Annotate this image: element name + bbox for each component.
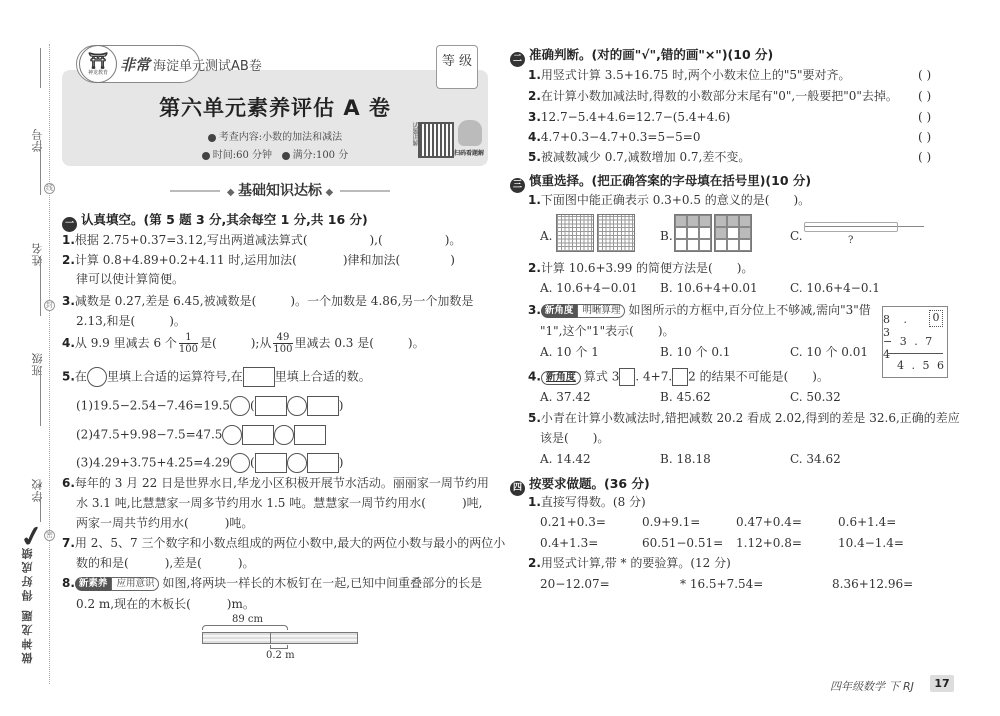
number-line-bracket	[804, 222, 898, 232]
question-8: 8.新素养应用意识如图,将两块一样长的木板钉在一起,已知中间重叠部分的长是	[62, 577, 482, 591]
tag-new-angle: 新角度	[541, 371, 581, 385]
section-badge: 四	[510, 481, 525, 496]
judge-item-2: 2.在计算小数加减法时,得数的小数部分末尾有"0",一般要把"0"去掉。	[528, 90, 898, 102]
tag-reasoning: 明晰算理	[577, 304, 625, 318]
field-student-id-label: 学号	[30, 128, 46, 152]
question-7-line2: 数的和是(),差是()。	[76, 557, 255, 569]
question-6: 6.每年的 3 月 22 日是世界水日,华龙小区积极开展节水活动。丽丽家一周节约…	[62, 477, 489, 489]
part2-heading-text: 准确判断。(对的画"√",错的画"×")(10 分)	[529, 47, 773, 62]
book-info: 四年级数学 下 RJ	[830, 678, 914, 694]
number-blank[interactable]	[307, 396, 339, 416]
number-blank[interactable]	[307, 453, 339, 473]
task-2: 2.用竖式计算,带 * 的要验算。(12 分)	[528, 557, 731, 569]
logo-text: 神龙教育	[88, 69, 108, 76]
answer-blank[interactable]: ( )	[918, 151, 931, 163]
mental-calc: 0.47+0.4=	[736, 516, 802, 528]
hundred-grid-a1	[556, 214, 594, 252]
question-4: 4.从 9.9 里减去 6 个1100是();从49100里减去 0.3 是()…	[62, 332, 425, 355]
judge-item-1: 1.用竖式计算 3.5+16.75 时,两个小数末位上的"5"要对齐。	[528, 69, 851, 81]
question-2-line2: 律可以使计算简便。	[76, 273, 184, 285]
part1-heading-text: 认真填空。(第 5 题 3 分,其余每空 1 分,共 16 分)	[81, 212, 368, 227]
task-1: 1.直接写得数。(8 分)	[528, 496, 646, 508]
field-class-label: 班级	[30, 352, 46, 376]
option[interactable]: A. 14.42	[540, 453, 591, 465]
question-3: 3.减数是 0.27,差是 6.45,被减数是()。一个加数是 4.86,另一个…	[62, 295, 473, 307]
field-school-label: 学校	[30, 478, 46, 502]
option[interactable]: B. 10.6+4+0.01	[660, 282, 758, 294]
question-6-line2: 水 3.1 吨,比慧慧家一周多节约用水 1.5 吨。慧慧家一周节约用水()吨,	[76, 497, 482, 509]
part3-heading-text: 慎重选择。(把正确答案的字母填在括号里)(10 分)	[529, 173, 811, 188]
mascot-icon	[458, 120, 482, 146]
brand-script: 非常	[120, 56, 150, 74]
clock-icon	[202, 152, 210, 160]
thirds-grid-b2	[714, 214, 752, 252]
tag-new-literacy: 新素养	[75, 577, 112, 591]
question-3-line2: 2.13,和是()。	[76, 315, 186, 327]
name-line[interactable]	[40, 256, 41, 316]
option[interactable]: B. 10 个 0.1	[660, 346, 730, 358]
mental-calc: 0.9+9.1=	[642, 516, 700, 528]
question-8-line2: 0.2 m,现在的木板长()m。	[76, 598, 255, 610]
answer-blank[interactable]: ( )	[918, 131, 931, 143]
option[interactable]: C. 50.32	[790, 391, 841, 403]
option[interactable]: B. 45.62	[660, 391, 711, 403]
option-b-label: B.	[660, 230, 673, 242]
section-badge: 三	[510, 178, 525, 193]
digit-blank[interactable]	[619, 368, 635, 386]
grade-label: 等 级	[442, 54, 472, 69]
answer-blank[interactable]: ( )	[918, 111, 931, 123]
mental-calc: 0.6+1.4=	[838, 516, 896, 528]
part4-heading-text: 按要求做题。(36 分)	[529, 476, 650, 491]
score-label: 满分:100 分	[293, 150, 349, 161]
number-line-question: ?	[848, 235, 853, 246]
operator-blank[interactable]	[287, 396, 307, 416]
check-circle-icon	[282, 152, 290, 160]
seal-mark: 封	[44, 300, 55, 311]
question-5-item-3: (3)4.29+3.75+4.25=4.29()	[76, 453, 343, 473]
number-blank[interactable]	[294, 425, 326, 445]
choice-3: 3.新角度明晰算理如图所示的方框中,百分位上不够减,需向"3"借	[528, 304, 871, 318]
answer-blank[interactable]: ( )	[918, 90, 931, 102]
tag-application: 应用意识	[111, 577, 159, 591]
qr-label: 试题讲解	[410, 122, 418, 146]
column-calc: * 16.5+7.54=	[680, 578, 763, 590]
content-label: 考查内容:小数的加法和减法	[219, 132, 342, 143]
calc-row-2: − 3 . 7 4	[883, 335, 946, 361]
brand-text: 非常海淀单元测试AB卷	[120, 54, 262, 75]
field-name-label: 姓名	[30, 242, 46, 266]
option[interactable]: C. 10.6+4−0.1	[790, 282, 880, 294]
operator-blank[interactable]	[230, 453, 250, 473]
question-1: 1.根据 2.75+0.37=3.12,写出两道减法算式(),()。	[62, 234, 461, 246]
banner-divider	[340, 190, 390, 192]
question-7: 7.用 2、5、7 三个数字和小数点组成的两位小数中,最大的两位小数与最小的两位…	[62, 537, 505, 549]
seal-mark: 线	[44, 183, 55, 194]
class-line[interactable]	[40, 366, 41, 426]
option[interactable]: A. 10.6+4−0.01	[540, 282, 637, 294]
part2-heading: 二准确判断。(对的画"√",错的画"×")(10 分)	[510, 45, 773, 67]
answer-blank[interactable]: ( )	[918, 69, 931, 81]
operator-blank[interactable]	[274, 425, 294, 445]
figure-label-bottom: 0.2 m	[266, 650, 295, 661]
brand-series: 海淀单元测试AB卷	[153, 59, 262, 74]
choice-5: 5.小青在计算小数减法时,错把减数 20.2 看成 2.02,得到的差是 32.…	[528, 412, 960, 424]
slogan: 做神龙题 得好成绩	[20, 545, 36, 664]
calc-divider	[887, 353, 943, 354]
operator-blank[interactable]	[287, 453, 307, 473]
judge-item-4: 4.4.7+0.3−4.7+0.3=5−5=0	[528, 131, 701, 143]
student-id-line[interactable]	[40, 140, 41, 195]
part1-heading: 一认真填空。(第 5 题 3 分,其余每空 1 分,共 16 分)	[62, 210, 368, 232]
hundred-grid-a2	[597, 214, 635, 252]
figure-label-top: 89 cm	[232, 614, 263, 625]
circle-blank	[87, 367, 107, 387]
board-right	[270, 632, 358, 644]
binding-dotted-line	[49, 44, 50, 684]
choice-3-line2: "1",这个"1"表示()。	[540, 325, 675, 337]
mental-calc: 60.51−0.51=	[642, 537, 723, 549]
choice-5-line2: 该是()。	[540, 432, 609, 444]
judge-item-3: 3.12.7−5.4+4.6=12.7−(5.4+4.6)	[528, 111, 730, 123]
calc-row-3: 4 . 5 6	[897, 359, 946, 372]
question-5-item-2: (2)47.5+9.98−7.5=47.5	[76, 425, 326, 445]
question-5-item-1: (1)19.5−2.54−7.46=19.5()	[76, 396, 343, 416]
operator-blank[interactable]	[222, 425, 242, 445]
option[interactable]: B. 18.18	[660, 453, 711, 465]
logo: ⛩ 神龙教育	[79, 45, 117, 83]
mental-calc: 1.12+0.8=	[736, 537, 802, 549]
section-badge: 二	[510, 52, 525, 67]
option[interactable]: A. 37.42	[540, 391, 591, 403]
brace-bottom	[270, 645, 288, 649]
option[interactable]: C. 34.62	[790, 453, 841, 465]
tag-new-angle: 新角度	[541, 304, 578, 318]
column-calc: 20−12.07=	[540, 578, 610, 590]
digit-blank[interactable]	[672, 368, 688, 386]
column-calc: 8.36+12.96=	[832, 578, 913, 590]
page-number: 17	[930, 675, 954, 692]
number-blank[interactable]	[255, 453, 287, 473]
mascot-label: 扫码看题解	[454, 148, 484, 157]
option-c-label: C.	[790, 230, 803, 242]
question-2: 2.计算 0.8+4.89+0.2+4.11 时,运用加法()律和加法()	[62, 254, 455, 266]
borrow-box: 0	[929, 310, 943, 327]
seal-mark: 密	[44, 530, 55, 541]
mental-calc: 0.21+0.3=	[540, 516, 606, 528]
vertical-subtraction: 8 . 3 0 − 3 . 7 4 4 . 5 6	[882, 306, 948, 378]
question-6-line3: 两家一周共节约用水()吨。	[76, 517, 253, 529]
number-blank[interactable]	[255, 396, 287, 416]
section-banner-text: 基础知识达标	[238, 183, 322, 199]
option[interactable]: C. 10 个 0.01	[790, 346, 868, 358]
part4-heading: 四按要求做题。(36 分)	[510, 474, 650, 496]
operator-blank[interactable]	[230, 396, 250, 416]
grade-box[interactable]: 等 级	[436, 45, 478, 89]
section-badge: 一	[62, 217, 77, 232]
mental-calc: 10.4−1.4=	[838, 537, 904, 549]
time-label: 时间:60 分钟	[213, 150, 272, 161]
brace-top	[202, 625, 288, 630]
judge-item-5: 5.被减数减少 0.7,减数增加 0.7,差不变。	[528, 151, 750, 163]
choice-4: 4.新角度算式 3. 4+7.2 的结果不可能是()。	[528, 368, 829, 386]
part3-heading: 三慎重选择。(把正确答案的字母填在括号里)(10 分)	[510, 171, 811, 193]
option[interactable]: A. 10 个 1	[540, 346, 599, 358]
choice-2: 2.计算 10.6+3.99 的简便方法是()。	[528, 262, 753, 274]
choice-1: 1.下面图中能正确表示 0.3+0.5 的意义的是()。	[528, 194, 810, 206]
content-icon	[208, 134, 216, 142]
thirds-grid-b1	[674, 214, 712, 252]
number-blank[interactable]	[242, 425, 274, 445]
mental-calc: 0.4+1.3=	[540, 537, 598, 549]
option-a-label: A.	[540, 230, 552, 242]
page-title: 第六单元素养评估 A 卷	[62, 92, 488, 122]
field-line	[40, 48, 41, 88]
square-blank	[243, 367, 275, 387]
qr-code[interactable]	[418, 122, 454, 158]
gate-icon: ⛩	[88, 53, 108, 69]
question-5: 5.在里填上合适的运算符号,在里填上合适的数。	[62, 367, 371, 387]
